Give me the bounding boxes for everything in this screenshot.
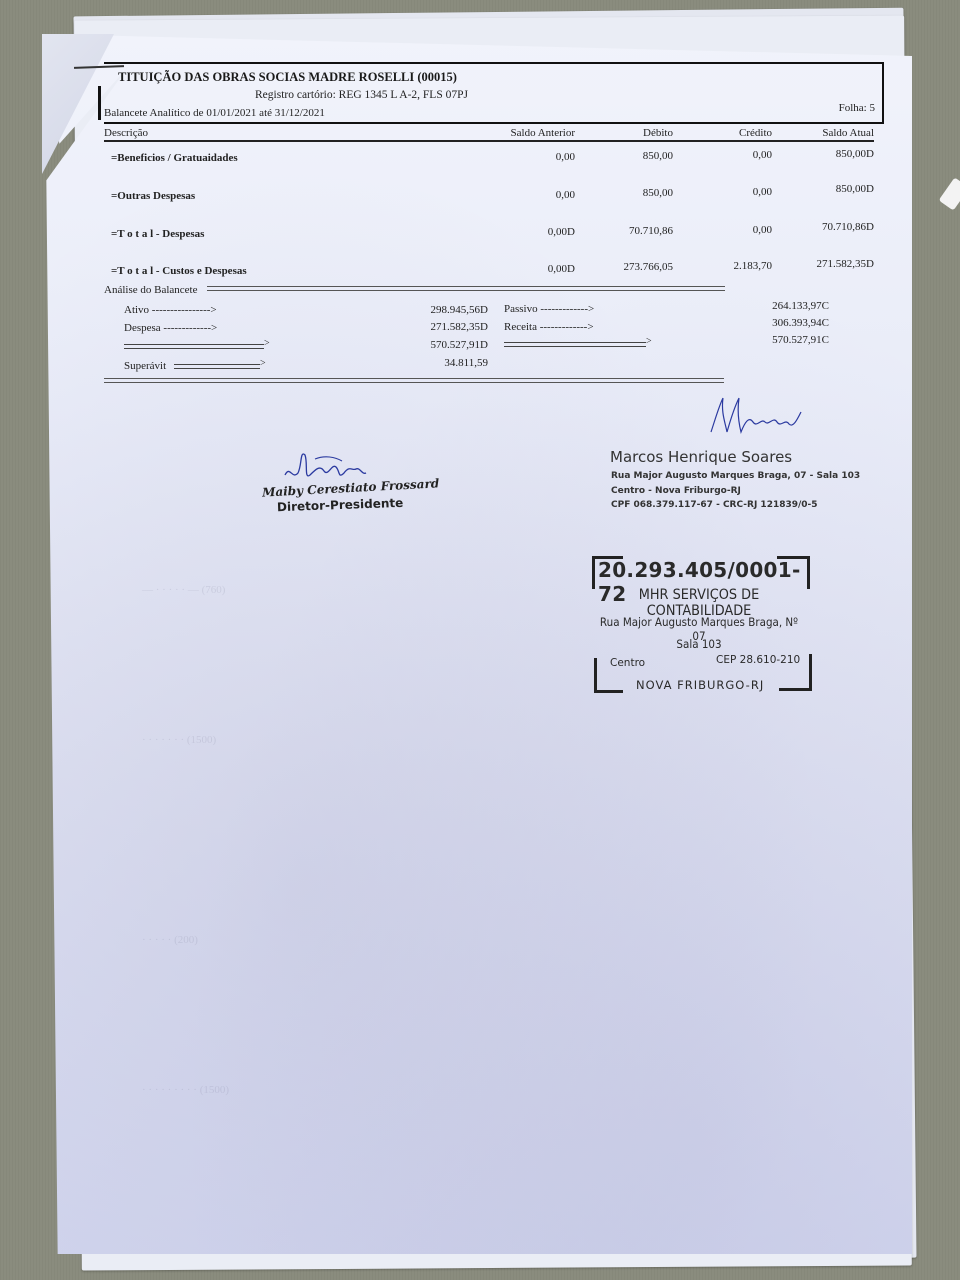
page-number: Folha: 5 (839, 102, 875, 114)
row-debito: 850,00 (643, 150, 673, 162)
row-debito: 273.766,05 (624, 261, 674, 273)
analysis-top-rule (207, 286, 725, 291)
arrowhead-icon: > (260, 358, 266, 369)
ativo-label: Ativo ----------------> (124, 304, 217, 316)
total-arrow-right (504, 342, 646, 347)
row-debito: 850,00 (643, 187, 673, 199)
col-header-saldo-atual: Saldo Atual (822, 127, 874, 139)
col-header-debito: Débito (643, 127, 673, 139)
ativo-value: 298.945,56D (431, 304, 488, 316)
row-description: =T o t a l - Despesas (111, 228, 204, 240)
receita-value: 306.393,94C (772, 317, 829, 329)
company-stamp: 20.293.405/0001-72 MHR SERVIÇOS DE CONTA… (586, 550, 816, 695)
stamp-city: NOVA FRIBURGO-RJ (636, 678, 764, 692)
report-period: Balancete Analítico de 01/01/2021 até 31… (104, 107, 325, 119)
registry-info: Registro cartório: REG 1345 L A-2, FLS 0… (255, 89, 468, 101)
accountant-address: Rua Major Augusto Marques Braga, 07 - Sa… (611, 471, 860, 481)
receita-label: Receita -------------> (504, 321, 594, 333)
row-saldo-anterior: 0,00D (548, 263, 575, 275)
row-saldo-atual: 850,00D (836, 148, 874, 160)
accountant-signature-icon (705, 392, 815, 442)
row-credito: 0,00 (753, 224, 772, 236)
header-rule (104, 140, 874, 142)
col-header-saldo-anterior: Saldo Anterior (511, 127, 575, 139)
row-saldo-atual: 70.710,86D (822, 221, 874, 233)
arrowhead-icon: > (646, 336, 652, 347)
institution-title: TITUIÇÃO DAS OBRAS SOCIAS MADRE ROSELLI … (118, 70, 457, 85)
accountant-ids: CPF 068.379.117-67 - CRC-RJ 121839/0-5 (611, 500, 818, 510)
passivo-value: 264.133,97C (772, 300, 829, 312)
stamp-cep: CEP 28.610-210 (716, 654, 800, 666)
accountant-name: Marcos Henrique Soares (610, 448, 792, 466)
superavit-arrow (174, 364, 260, 369)
despesa-value: 271.582,35D (431, 321, 488, 333)
stamp-sala: Sala 103 (597, 637, 800, 651)
row-credito: 2.183,70 (734, 260, 773, 272)
row-saldo-anterior: 0,00D (548, 226, 575, 238)
accountant-city: Centro - Nova Friburgo-RJ (611, 486, 741, 496)
row-saldo-anterior: 0,00 (556, 189, 575, 201)
analysis-bottom-rule (104, 378, 724, 383)
col-header-descricao: Descrição (104, 127, 148, 139)
superavit-value: 34.811,59 (444, 357, 488, 369)
row-description: =T o t a l - Custos e Despesas (111, 265, 247, 277)
total-left-value: 570.527,91D (431, 339, 488, 351)
arrowhead-icon: > (264, 338, 270, 349)
row-saldo-atual: 271.582,35D (817, 258, 874, 270)
paper-clip-edge (939, 177, 960, 210)
row-credito: 0,00 (753, 149, 772, 161)
passivo-label: Passivo -------------> (504, 303, 594, 315)
analysis-title: Análise do Balancete (104, 284, 197, 296)
col-header-credito: Crédito (739, 127, 772, 139)
despesa-label: Despesa -------------> (124, 322, 217, 334)
superavit-label: Superávit (124, 360, 166, 372)
row-debito: 70.710,86 (629, 225, 673, 237)
total-right-value: 570.527,91C (772, 334, 829, 346)
row-saldo-atual: 850,00D (836, 183, 874, 195)
stamp-bairro: Centro (610, 657, 645, 669)
row-saldo-anterior: 0,00 (556, 151, 575, 163)
row-credito: 0,00 (753, 186, 772, 198)
row-description: =Beneficios / Gratuaidades (111, 152, 238, 164)
row-description: =Outras Despesas (111, 190, 195, 202)
total-arrow-left (124, 344, 264, 349)
